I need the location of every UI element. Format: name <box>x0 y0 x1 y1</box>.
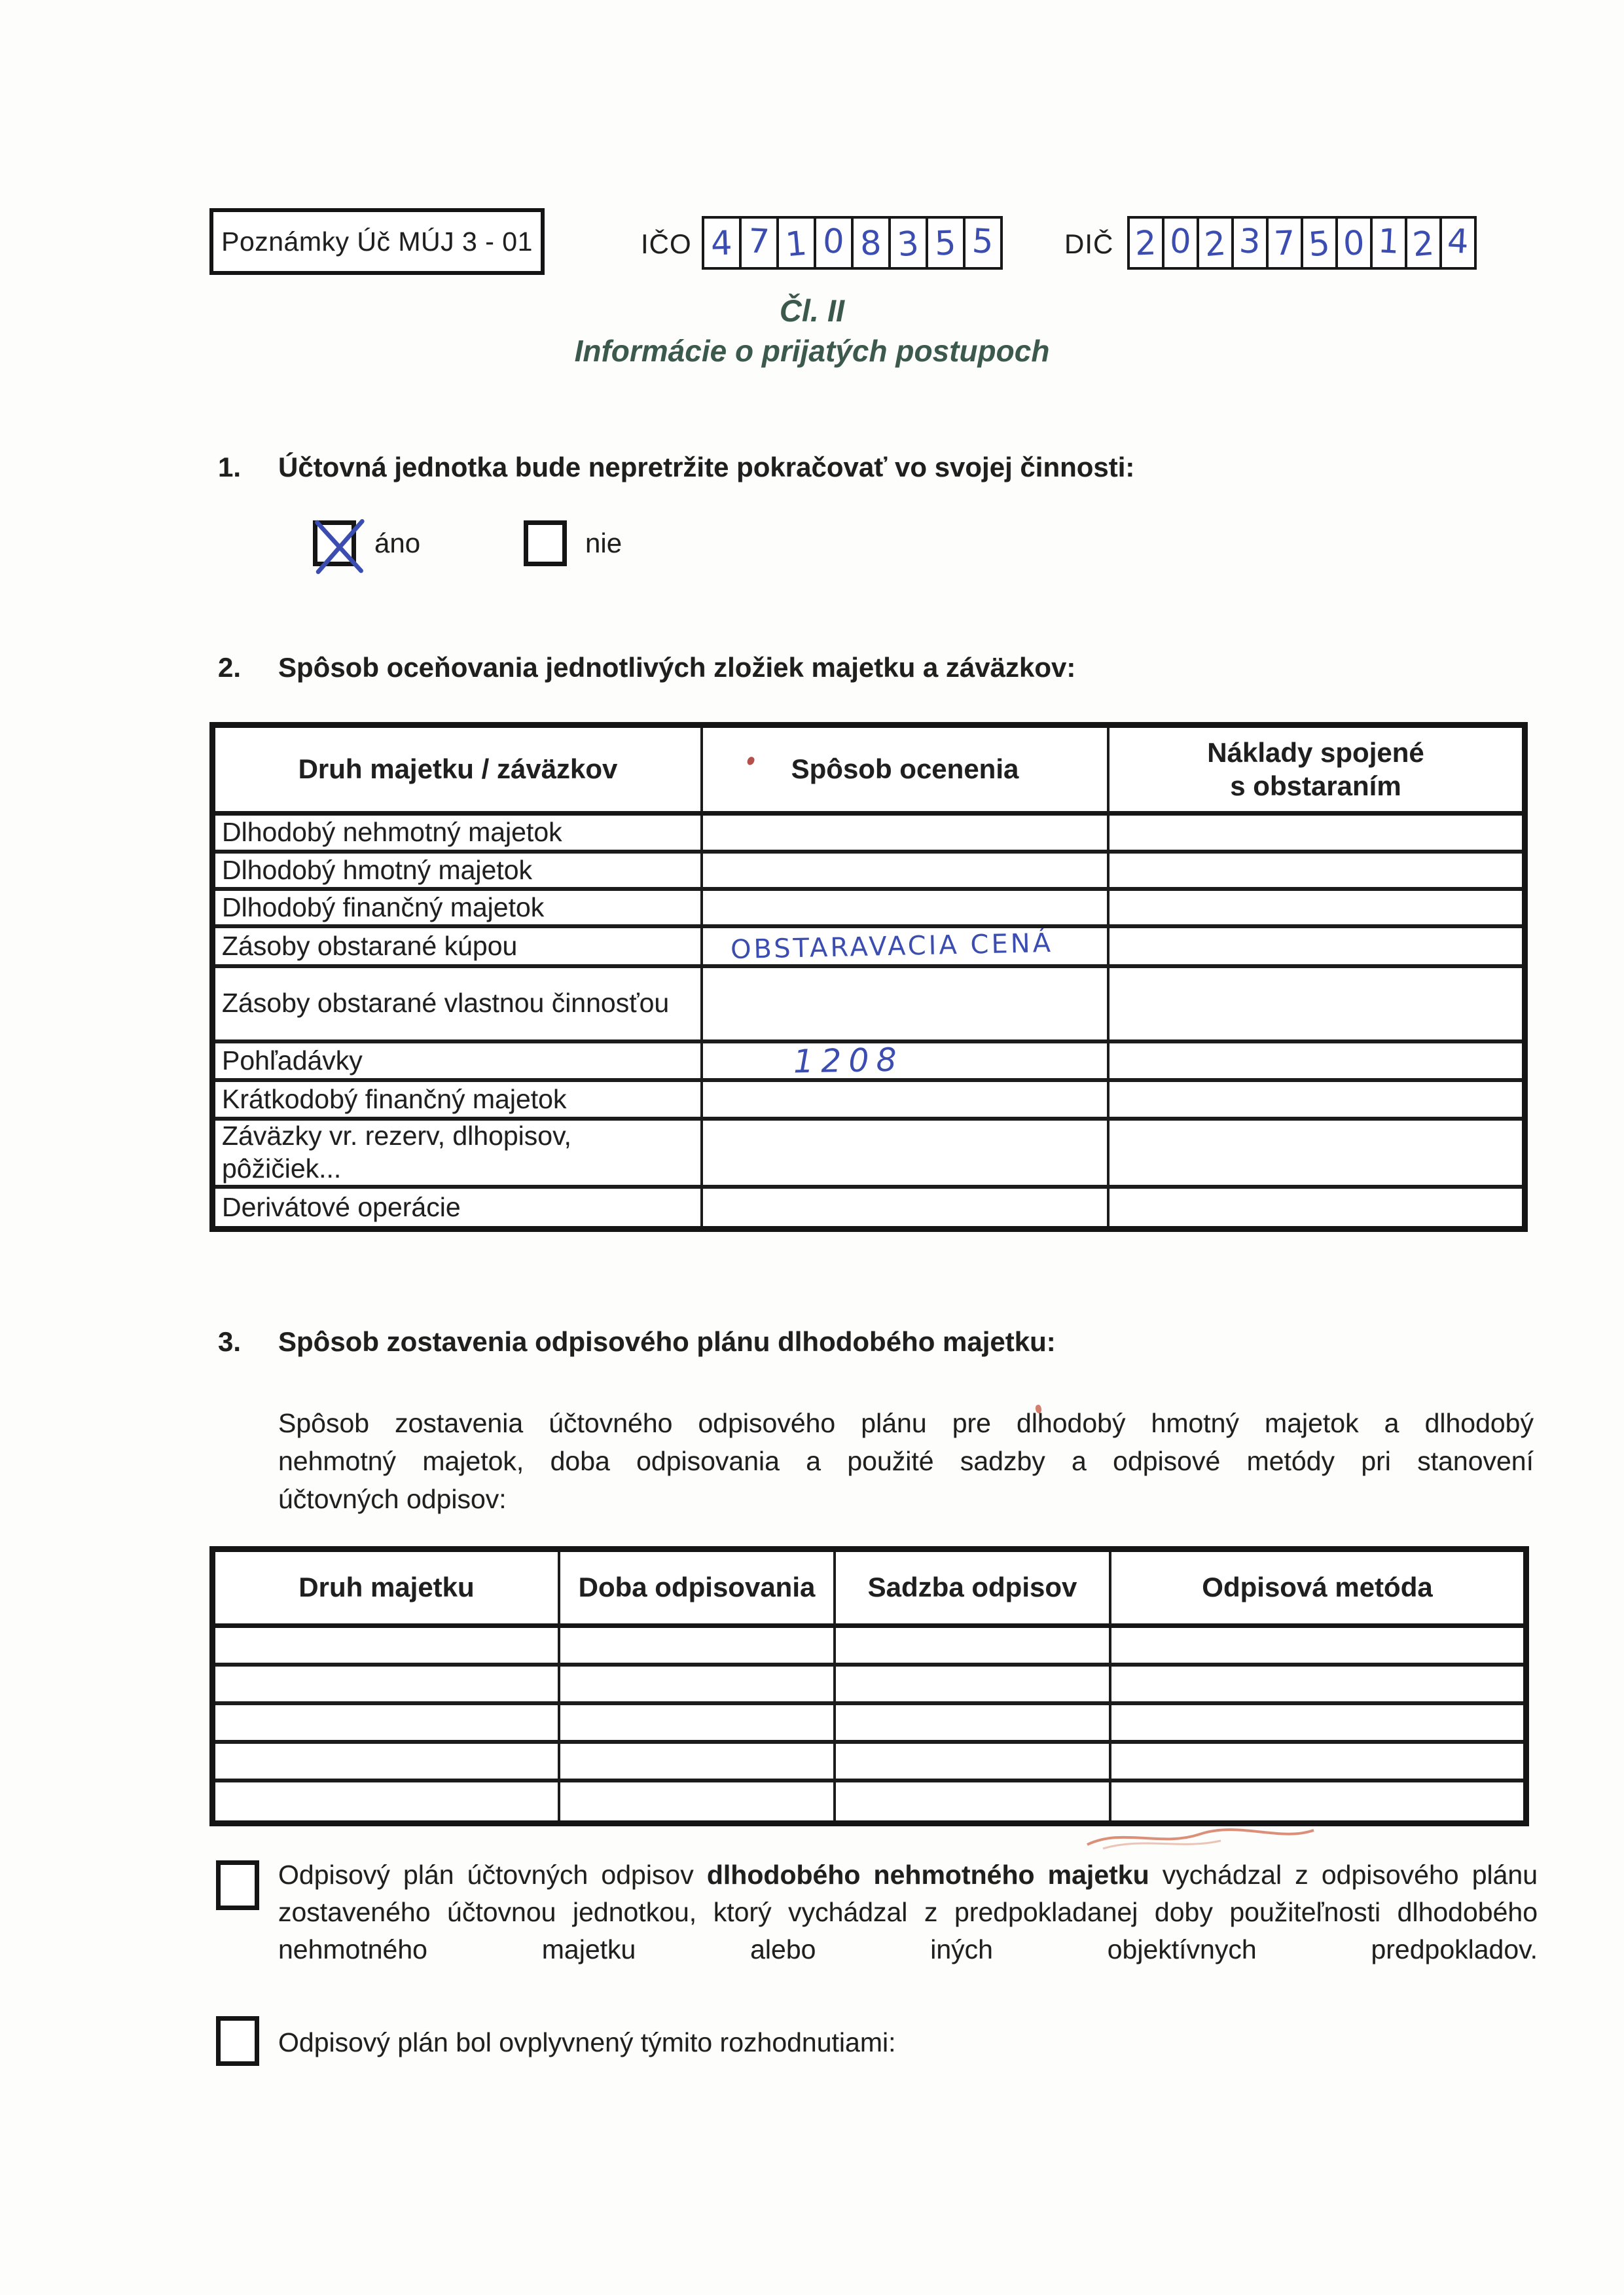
checkbox-áno[interactable] <box>313 520 356 566</box>
checkbox-depreciation-plan-intangible[interactable] <box>216 1860 259 1910</box>
row-label: Zásoby obstarané vlastnou činnosťou <box>215 968 703 1043</box>
row-label: Derivátové operácie <box>215 1189 703 1226</box>
dic-label: DIČ <box>1064 228 1113 260</box>
depreciation-table-header-3: Sadzba odpisov <box>836 1552 1111 1628</box>
depreciation-table-header-1: Druh majetku <box>215 1552 560 1628</box>
checkbox-label-nie: nie <box>585 528 622 559</box>
ico-digit-cells: 47108355 <box>702 216 1003 270</box>
checkbox-paragraph-2: Odpisový plán bol ovplyvnený týmito rozh… <box>278 2024 1538 2061</box>
ico-cell-1: 4 <box>702 216 742 270</box>
depreciation-table-empty-cell[interactable] <box>215 1705 560 1744</box>
depreciation-table-empty-cell[interactable] <box>1111 1628 1523 1667</box>
depreciation-table: Druh majetkuDoba odpisovaniaSadzba odpis… <box>209 1546 1529 1826</box>
form-code-label: Poznámky Úč MÚJ 3 - 01 <box>221 226 533 257</box>
dic-digit-2: 0 <box>1169 222 1192 262</box>
ico-cell-6: 3 <box>888 216 928 270</box>
scanned-form-page: Poznámky Úč MÚJ 3 - 01 IČO 47108355 DIČ … <box>0 0 1624 2295</box>
valuation-method-cell[interactable] <box>703 1189 1110 1226</box>
valuation-method-cell[interactable] <box>703 1121 1110 1189</box>
section3-paragraph-line-2: nehmotný majetok, doba odpisovania a pou… <box>278 1444 1534 1482</box>
depreciation-table-empty-cell[interactable] <box>1111 1744 1523 1782</box>
section3-paragraph-line-3: účtovných odpisov: <box>278 1482 1534 1520</box>
depreciation-table-empty-cell[interactable] <box>836 1628 1111 1667</box>
dic-cell-4: 3 <box>1231 216 1269 270</box>
row-label: Zásoby obstarané kúpou <box>215 928 703 968</box>
dic-digit-1: 2 <box>1134 224 1157 263</box>
ico-cell-8: 5 <box>963 216 1003 270</box>
dic-digit-cells: 2023750124 <box>1127 216 1477 270</box>
valuation-method-cell[interactable] <box>703 816 1110 854</box>
valuation-table-header-1: Druh majetku / záväzkov <box>215 728 703 816</box>
acquisition-costs-cell[interactable] <box>1110 968 1522 1043</box>
ico-cell-2: 7 <box>739 216 779 270</box>
depreciation-table-empty-cell[interactable] <box>1111 1782 1523 1820</box>
depreciation-table-empty-cell[interactable] <box>836 1705 1111 1744</box>
ico-digit-2: 7 <box>748 222 770 262</box>
depreciation-table-empty-cell[interactable] <box>836 1782 1111 1820</box>
depreciation-table-empty-cell[interactable] <box>560 1705 836 1744</box>
section3-number: 3. <box>218 1326 241 1358</box>
depreciation-table-empty-cell[interactable] <box>560 1782 836 1820</box>
depreciation-table-header-4: Odpisová metóda <box>1111 1552 1523 1628</box>
dic-digit-4: 3 <box>1238 222 1261 262</box>
section1-number: 1. <box>218 452 241 483</box>
depreciation-table-empty-cell[interactable] <box>215 1782 560 1820</box>
dic-cell-9: 2 <box>1405 216 1442 270</box>
section3-paragraph-line-1: Spôsob zostavenia účtovného odpisového p… <box>278 1406 1534 1444</box>
acquisition-costs-cell[interactable] <box>1110 1121 1522 1189</box>
depreciation-table-empty-cell[interactable] <box>836 1744 1111 1782</box>
handwritten-entry: OBSTARAVACIA CENÁ <box>731 928 1054 965</box>
ico-digit-4: 0 <box>822 222 845 262</box>
valuation-method-cell[interactable]: 1208 <box>703 1043 1110 1082</box>
valuation-table-header-3: Náklady spojené s obstaraním <box>1110 728 1522 816</box>
dic-digit-5: 7 <box>1273 224 1295 263</box>
dic-digit-9: 2 <box>1411 224 1435 264</box>
article-subtitle: Informácie o prijatých postupoch <box>0 333 1624 369</box>
red-scan-smudge <box>1083 1824 1319 1852</box>
depreciation-table-empty-cell[interactable] <box>215 1667 560 1705</box>
ico-digit-3: 1 <box>784 224 808 264</box>
dic-digit-3: 2 <box>1203 224 1227 264</box>
acquisition-costs-cell[interactable] <box>1110 816 1522 854</box>
valuation-method-cell[interactable] <box>703 854 1110 891</box>
dic-digit-8: 1 <box>1377 222 1400 262</box>
ico-digit-6: 3 <box>896 224 920 264</box>
dic-cell-2: 0 <box>1162 216 1199 270</box>
acquisition-costs-cell[interactable] <box>1110 1189 1522 1226</box>
valuation-table: Druh majetku / záväzkovSpôsob oceneniaNá… <box>209 722 1528 1232</box>
dic-cell-5: 7 <box>1266 216 1303 270</box>
ico-label: IČO <box>641 228 692 260</box>
dic-cell-10: 4 <box>1439 216 1477 270</box>
valuation-table-header-2: Spôsob ocenenia <box>703 728 1110 816</box>
section3-heading: Spôsob zostavenia odpisového plánu dlhod… <box>278 1326 1424 1358</box>
depreciation-table-empty-cell[interactable] <box>560 1744 836 1782</box>
depreciation-table-empty-cell[interactable] <box>215 1628 560 1667</box>
valuation-method-cell[interactable] <box>703 891 1110 928</box>
row-label: Dlhodobý finančný majetok <box>215 891 703 928</box>
acquisition-costs-cell[interactable] <box>1110 891 1522 928</box>
handwritten-entry: 1208 <box>793 1043 905 1080</box>
depreciation-table-empty-cell[interactable] <box>1111 1667 1523 1705</box>
form-code-box: Poznámky Úč MÚJ 3 - 01 <box>209 208 545 275</box>
valuation-method-cell[interactable] <box>703 968 1110 1043</box>
depreciation-table-empty-cell[interactable] <box>1111 1705 1523 1744</box>
section2-heading: Spôsob oceňovania jednotlivých zložiek m… <box>278 652 1391 683</box>
checkbox-label-áno: áno <box>374 528 420 559</box>
checkbox-x-mark <box>312 516 367 577</box>
acquisition-costs-cell[interactable] <box>1110 1043 1522 1082</box>
row-label: Dlhodobý nehmotný majetok <box>215 816 703 854</box>
dic-cell-1: 2 <box>1127 216 1164 270</box>
section1-heading: Účtovná jednotka bude nepretržite pokrač… <box>278 452 1391 483</box>
acquisition-costs-cell[interactable] <box>1110 854 1522 891</box>
row-label: Záväzky vr. rezerv, dlhopisov, pôžičiek.… <box>215 1121 703 1189</box>
acquisition-costs-cell[interactable] <box>1110 928 1522 968</box>
ico-cell-7: 5 <box>926 216 965 270</box>
dic-digit-6: 5 <box>1307 224 1331 264</box>
dic-cell-6: 5 <box>1301 216 1338 270</box>
checkbox-paragraph-1-bold: dlhodobého nehmotného majetku <box>707 1860 1149 1890</box>
ico-digit-1: 4 <box>710 224 732 263</box>
valuation-method-cell[interactable] <box>703 1082 1110 1121</box>
depreciation-table-empty-cell[interactable] <box>560 1628 836 1667</box>
acquisition-costs-cell[interactable] <box>1110 1082 1522 1121</box>
article-title: Čl. II <box>0 293 1624 329</box>
row-label: Krátkodobý finančný majetok <box>215 1082 703 1121</box>
depreciation-table-header-2: Doba odpisovania <box>560 1552 836 1628</box>
ico-digit-8: 5 <box>971 222 994 262</box>
depreciation-table-empty-cell[interactable] <box>836 1667 1111 1705</box>
ico-cell-5: 8 <box>851 216 891 270</box>
dic-cell-7: 0 <box>1335 216 1373 270</box>
row-label: Dlhodobý hmotný majetok <box>215 854 703 891</box>
checkbox-nie[interactable] <box>524 520 567 566</box>
ico-digit-5: 8 <box>859 224 882 263</box>
dic-digit-7: 0 <box>1343 224 1365 263</box>
ico-cell-3: 1 <box>776 216 816 270</box>
checkbox-paragraph-1: Odpisový plán účtovných odpisov dlhodobé… <box>278 1856 1538 1968</box>
ico-cell-4: 0 <box>814 216 854 270</box>
dic-cell-8: 1 <box>1370 216 1407 270</box>
checkbox-paragraph-1-prefix: Odpisový plán účtovných odpisov <box>278 1860 707 1890</box>
valuation-method-cell[interactable]: OBSTARAVACIA CENÁ <box>703 928 1110 968</box>
dic-digit-10: 4 <box>1447 222 1470 262</box>
section2-number: 2. <box>218 652 241 683</box>
ico-digit-7: 5 <box>934 224 956 263</box>
dic-cell-3: 2 <box>1197 216 1234 270</box>
depreciation-table-empty-cell[interactable] <box>560 1667 836 1705</box>
depreciation-table-empty-cell[interactable] <box>215 1744 560 1782</box>
row-label: Pohľadávky <box>215 1043 703 1082</box>
checkbox-plan-influenced[interactable] <box>216 2016 259 2066</box>
